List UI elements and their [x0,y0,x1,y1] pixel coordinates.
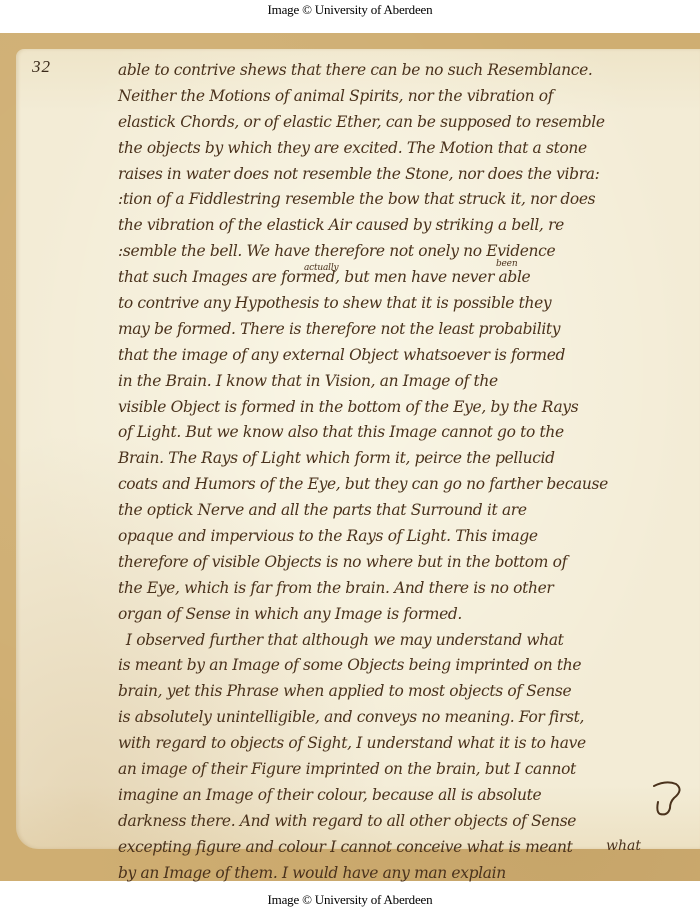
manuscript-line: darkness there. And with regard to all o… [118,809,643,835]
catchword: what [606,838,641,854]
manuscript-line: Neither the Motions of animal Spirits, n… [118,84,643,110]
manuscript-line: that the image of any external Object wh… [118,343,643,369]
manuscript-line: visible Object is formed in the bottom o… [118,395,643,421]
bracket-mark-icon [650,780,690,820]
interlinear-insert: been [496,259,517,269]
manuscript-line: :tion of a Fiddlestring resemble the bow… [118,187,643,213]
manuscript-line: may be formed. There is therefore not th… [118,317,643,343]
manuscript-line: :semble the bell. We have therefore not … [118,239,643,265]
page-number: 32 [32,57,51,77]
manuscript-line: the optick Nerve and all the parts that … [118,498,643,524]
manuscript-line: coats and Humors of the Eye, but they ca… [118,472,643,498]
manuscript-line: imagine an Image of their colour, becaus… [118,783,643,809]
manuscript-line: that such Images are formed, but men hav… [118,265,643,291]
manuscript-line: to contrive any Hypothesis to shew that … [118,291,643,317]
manuscript-line: opaque and impervious to the Rays of Lig… [118,524,643,550]
manuscript-text: able to contrive shews that there can be… [118,58,648,887]
manuscript-line: with regard to objects of Sight, I under… [118,731,643,757]
manuscript-line: excepting figure and colour I cannot con… [118,835,643,861]
image-credit-top: Image © University of Aberdeen [0,2,700,18]
manuscript-line: elastick Chords, or of elastic Ether, ca… [118,110,643,136]
manuscript-line: the vibration of the elastick Air caused… [118,213,643,239]
manuscript-line: raises in water does not resemble the St… [118,162,643,188]
manuscript-line: the objects by which they are excited. T… [118,136,643,162]
manuscript-line: is meant by an Image of some Objects bei… [118,653,643,679]
manuscript-line: is absolutely unintelligible, and convey… [118,705,643,731]
manuscript-line: organ of Sense in which any Image is for… [118,602,643,628]
manuscript-line: in the Brain. I know that in Vision, an … [118,369,643,395]
interlinear-insert: actually [304,263,338,273]
manuscript-line: by an Image of them. I would have any ma… [118,861,643,887]
manuscript-line: able to contrive shews that there can be… [118,58,643,84]
manuscript-line: of Light. But we know also that this Ima… [118,420,643,446]
manuscript-line: brain, yet this Phrase when applied to m… [118,679,643,705]
image-credit-bottom: Image © University of Aberdeen [0,892,700,908]
manuscript-line: I observed further that although we may … [118,628,643,654]
manuscript-line: an image of their Figure imprinted on th… [118,757,643,783]
manuscript-line: the Eye, which is far from the brain. An… [118,576,643,602]
manuscript-line: Brain. The Rays of Light which form it, … [118,446,643,472]
manuscript-line: therefore of visible Objects is no where… [118,550,643,576]
